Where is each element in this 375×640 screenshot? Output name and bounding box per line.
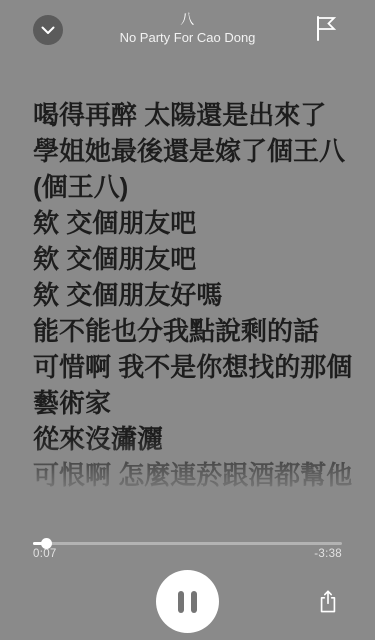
lyric-line[interactable]: 可惜啊 我不是你想找的那個 — [33, 349, 363, 385]
track-info: 八 No Party For Cao Dong — [70, 10, 305, 46]
share-icon — [317, 588, 339, 617]
lyric-line[interactable]: 欸 交個朋友吧 — [33, 205, 363, 241]
lyric-line[interactable]: 喝得再醉 太陽還是出來了 — [33, 97, 363, 133]
remaining-time: -3:38 — [314, 548, 342, 560]
lyric-line[interactable]: 藝術家 — [33, 385, 363, 421]
lyric-line[interactable]: 從來沒瀟灑 — [33, 421, 363, 457]
pause-icon — [178, 591, 197, 613]
artist-name: No Party For Cao Dong — [70, 30, 305, 46]
collapse-button[interactable] — [33, 15, 63, 45]
time-row: 0:07 -3:38 — [33, 548, 342, 560]
progress-bar[interactable] — [33, 542, 342, 545]
lyric-line[interactable]: (個王八) — [33, 169, 363, 205]
pause-button[interactable] — [156, 570, 219, 633]
lyric-line[interactable]: 能不能也分我點說剩的話 — [33, 313, 363, 349]
chevron-down-icon — [41, 23, 55, 38]
lyric-line[interactable]: 學姐她最後還是嫁了個王八 — [33, 133, 363, 169]
flag-icon — [314, 15, 338, 45]
elapsed-time: 0:07 — [33, 548, 57, 560]
share-button[interactable] — [314, 587, 342, 617]
flag-button[interactable] — [312, 15, 340, 45]
song-title: 八 — [70, 10, 305, 28]
now-playing-screen: 八 No Party For Cao Dong 喝得再醉 太陽還是出來了 學姐她… — [0, 0, 375, 640]
lyric-line[interactable]: 欸 交個朋友好嗎 — [33, 277, 363, 313]
lyric-line[interactable]: 可恨啊 怎麼連菸跟酒都幫他 — [33, 457, 363, 493]
lyrics-panel[interactable]: 喝得再醉 太陽還是出來了 學姐她最後還是嫁了個王八 (個王八) 欸 交個朋友吧 … — [33, 97, 363, 493]
lyric-line[interactable]: 欸 交個朋友吧 — [33, 241, 363, 277]
